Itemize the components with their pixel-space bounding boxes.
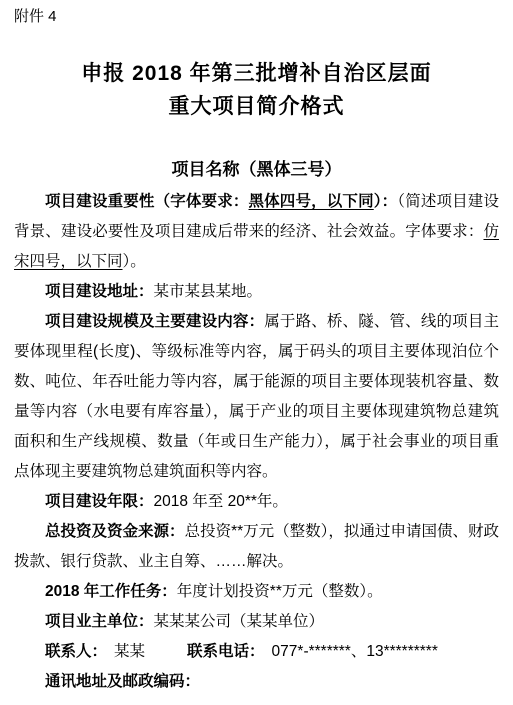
contact-phone-label: 联系电话： — [187, 643, 265, 660]
document-page: 附件 4 申报 2018 年第三批增补自治区层面重大项目简介格式 项目名称（黑体… — [0, 0, 513, 705]
address-label: 项目建设地址： — [45, 283, 154, 300]
paragraph-years: 项目建设年限：2018 年至 20**年。 — [14, 487, 499, 517]
paragraph-importance: 项目建设重要性（字体要求：黑体四号，以下同）：（简述项目建设背景、建设必要性及项… — [14, 187, 499, 277]
contact-phone-value: 077*-*******、13********* — [272, 643, 438, 660]
project-name-heading: 项目名称（黑体三号） — [14, 160, 499, 180]
importance-font-note-underlined: 黑体四号，以下同 — [249, 193, 374, 210]
owner-label: 项目业主单位： — [45, 613, 154, 630]
importance-body-close: ）。 — [123, 253, 146, 270]
importance-font-note-open: （字体要求： — [155, 193, 249, 210]
postal-label: 通讯地址及邮政编码： — [45, 673, 200, 690]
doc-title-line2: 重大项目简介格式 — [169, 95, 345, 118]
contact-person-label: 联系人： — [45, 643, 107, 660]
scale-label: 项目建设规模及主要建设内容： — [45, 313, 264, 330]
address-body: 某市某县某地。 — [154, 283, 263, 300]
paragraph-postal: 通讯地址及邮政编码： — [14, 667, 499, 697]
attachment-label: 附件 4 — [14, 8, 499, 26]
paragraph-address: 项目建设地址：某市某县某地。 — [14, 277, 499, 307]
importance-label: 项目建设重要性 — [45, 193, 155, 210]
investment-label: 总投资及资金来源： — [45, 523, 185, 540]
years-label: 项目建设年限： — [45, 493, 154, 510]
doc-title: 申报 2018 年第三批增补自治区层面重大项目简介格式 — [14, 57, 499, 123]
paragraph-owner: 项目业主单位：某某某公司（某某单位） — [14, 607, 499, 637]
doc-title-line1: 申报 2018 年第三批增补自治区层面 — [81, 62, 431, 85]
years-body: 2018 年至 20**年。 — [154, 493, 288, 510]
scale-body: 属于路、桥、隧、管、线的项目主要体现里程(长度)、等级标准等内容，属于码头的项目… — [14, 313, 499, 480]
paragraph-contact: 联系人：某某联系电话：077*-*******、13********* — [14, 637, 499, 667]
contact-person-value: 某某 — [114, 643, 145, 660]
task-2018-label: 2018 年工作任务： — [45, 583, 177, 600]
paragraph-investment: 总投资及资金来源：总投资**万元（整数），拟通过申请国债、财政拨款、银行贷款、业… — [14, 517, 499, 577]
paragraph-task-2018: 2018 年工作任务：年度计划投资**万元（整数）。 — [14, 577, 499, 607]
paragraph-scale: 项目建设规模及主要建设内容：属于路、桥、隧、管、线的项目主要体现里程(长度)、等… — [14, 307, 499, 487]
owner-body: 某某某公司（某某单位） — [154, 613, 325, 630]
importance-font-note-close: ）： — [374, 193, 398, 210]
task-2018-body: 年度计划投资**万元（整数）。 — [177, 583, 383, 600]
